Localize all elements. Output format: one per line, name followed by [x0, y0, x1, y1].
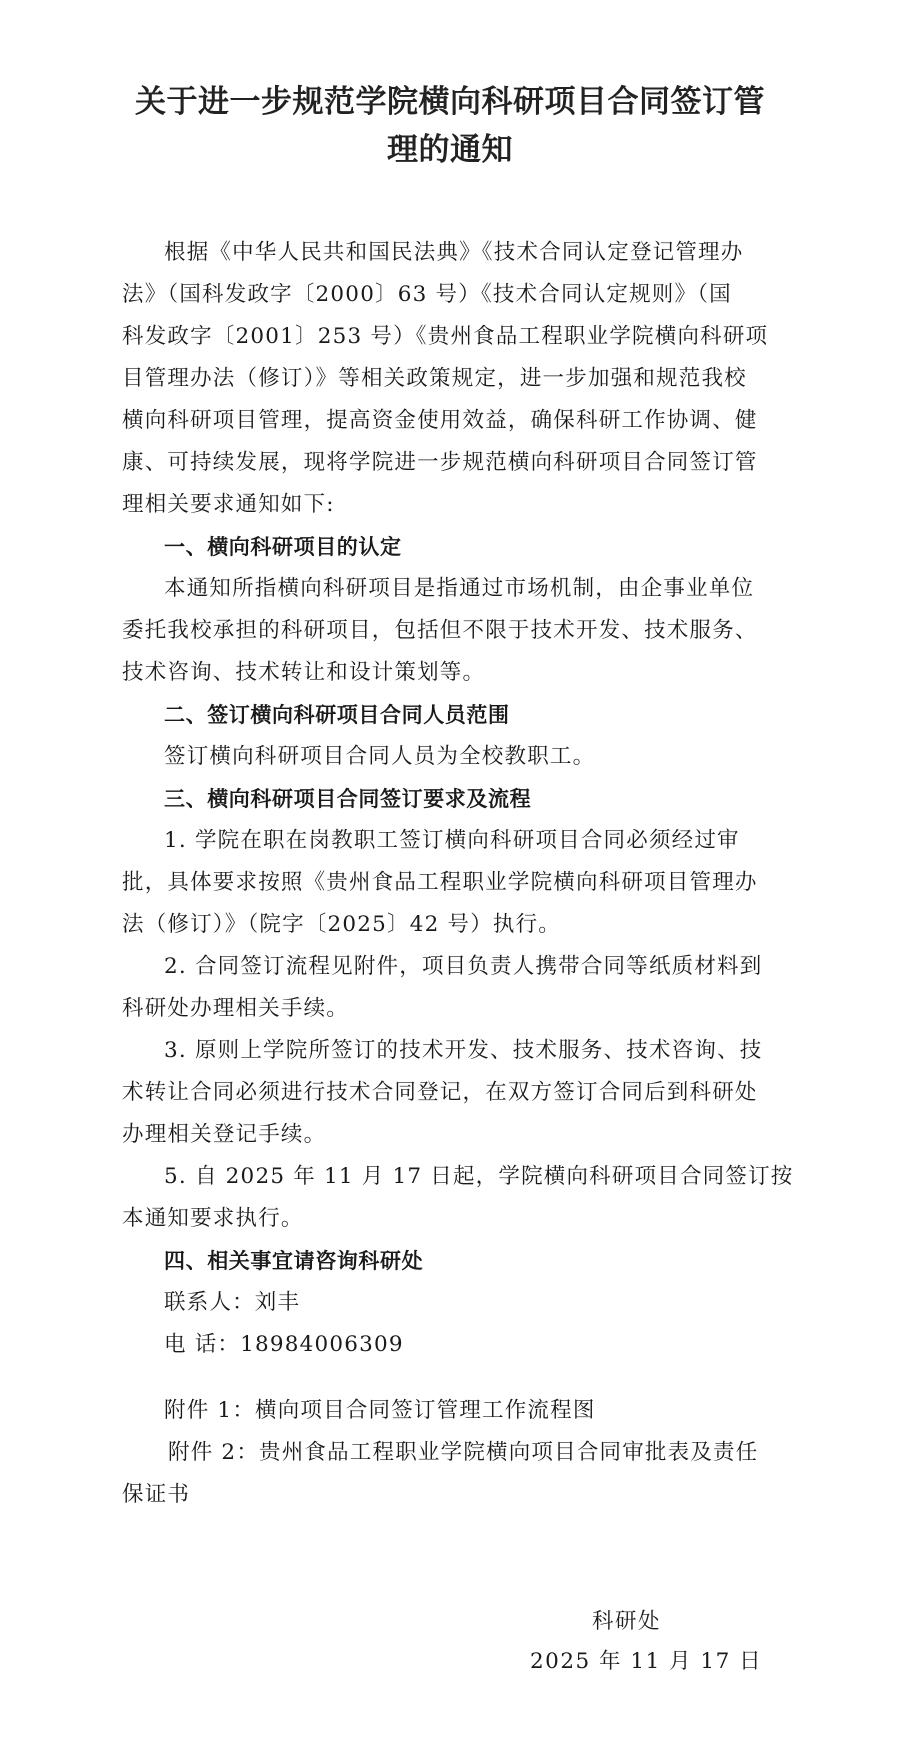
item-line: 办理相关登记手续。: [122, 1114, 802, 1156]
intro-paragraph: 根据《中华人民共和国民法典》《技术合同认定登记管理办 法》（国科发政字〔2000…: [122, 232, 802, 526]
document-body: 根据《中华人民共和国民法典》《技术合同认定登记管理办 法》（国科发政字〔2000…: [122, 232, 802, 1516]
item-line: 科研处办理相关手续。: [122, 988, 802, 1030]
attachments: 附件 1：横向项目合同签订管理工作流程图 附件 2：贵州食品工程职业学院横向项目…: [122, 1390, 802, 1516]
intro-line: 根据《中华人民共和国民法典》《技术合同认定登记管理办: [122, 232, 802, 274]
intro-line: 法》（国科发政字〔2000〕63 号）《技术合同认定规则》（国: [122, 274, 802, 316]
section-heading: 二、签订横向科研项目合同人员范围: [122, 694, 802, 736]
contact-person: 联系人：刘丰: [122, 1282, 802, 1324]
item-line: 1. 学院在职在岗教职工签订横向科研项目合同必须经过审: [122, 820, 802, 862]
spacer: [122, 1366, 802, 1390]
item-line: 2. 合同签订流程见附件，项目负责人携带合同等纸质材料到: [122, 946, 802, 988]
signature-date: 2025 年 11 月 17 日: [530, 1642, 762, 1682]
section-3: 三、横向科研项目合同签订要求及流程 1. 学院在职在岗教职工签订横向科研项目合同…: [122, 778, 802, 1240]
item-line: 本通知要求执行。: [122, 1198, 802, 1240]
item-line: 法（修订）》（院字〔2025〕42 号）执行。: [122, 904, 802, 946]
section-1: 一、横向科研项目的认定 本通知所指横向科研项目是指通过市场机制，由企事业单位 委…: [122, 526, 802, 694]
section-4: 四、相关事宜请咨询科研处 联系人：刘丰 电 话：18984006309: [122, 1240, 802, 1366]
section-heading: 一、横向科研项目的认定: [122, 526, 802, 568]
section-line: 技术咨询、技术转让和设计策划等。: [122, 652, 802, 694]
requirement-item-5: 5. 自 2025 年 11 月 17 日起，学院横向科研项目合同签订按 本通知…: [122, 1156, 802, 1240]
item-line: 5. 自 2025 年 11 月 17 日起，学院横向科研项目合同签订按: [122, 1156, 802, 1198]
attachment-2-continued: 保证书: [122, 1474, 802, 1516]
intro-line: 目管理办法（修订）》等相关政策规定，进一步加强和规范我校: [122, 358, 802, 400]
intro-line: 科发政字〔2001〕253 号）《贵州食品工程职业学院横向科研项: [122, 316, 802, 358]
title-line-1: 关于进一步规范学院横向科研项目合同签订管: [0, 78, 900, 126]
section-line: 签订横向科研项目合同人员为全校教职工。: [122, 736, 802, 778]
item-line: 术转让合同必须进行技术合同登记，在双方签订合同后到科研处: [122, 1072, 802, 1114]
contact-phone[interactable]: 电 话：18984006309: [122, 1324, 802, 1366]
requirement-item-3: 3. 原则上学院所签订的技术开发、技术服务、技术咨询、技 术转让合同必须进行技术…: [122, 1030, 802, 1156]
title-line-2: 理的通知: [0, 126, 900, 174]
signature-office: 科研处: [592, 1602, 661, 1642]
document-title: 关于进一步规范学院横向科研项目合同签订管 理的通知: [0, 78, 900, 174]
section-heading: 三、横向科研项目合同签订要求及流程: [122, 778, 802, 820]
intro-line: 横向科研项目管理，提高资金使用效益，确保科研工作协调、健: [122, 400, 802, 442]
item-line: 3. 原则上学院所签订的技术开发、技术服务、技术咨询、技: [122, 1030, 802, 1072]
requirement-item-2: 2. 合同签订流程见附件，项目负责人携带合同等纸质材料到 科研处办理相关手续。: [122, 946, 802, 1030]
section-line: 本通知所指横向科研项目是指通过市场机制，由企事业单位: [122, 568, 802, 610]
attachment-2: 附件 2：贵州食品工程职业学院横向项目合同审批表及责任: [122, 1432, 802, 1474]
section-heading: 四、相关事宜请咨询科研处: [122, 1240, 802, 1282]
intro-line: 康、可持续发展，现将学院进一步规范横向科研项目合同签订管: [122, 442, 802, 484]
attachment-1: 附件 1：横向项目合同签订管理工作流程图: [122, 1390, 802, 1432]
section-2: 二、签订横向科研项目合同人员范围 签订横向科研项目合同人员为全校教职工。: [122, 694, 802, 778]
intro-line: 理相关要求通知如下:: [122, 484, 802, 526]
item-line: 批，具体要求按照《贵州食品工程职业学院横向科研项目管理办: [122, 862, 802, 904]
section-line: 委托我校承担的科研项目，包括但不限于技术开发、技术服务、: [122, 610, 802, 652]
requirement-item-1: 1. 学院在职在岗教职工签订横向科研项目合同必须经过审 批，具体要求按照《贵州食…: [122, 820, 802, 946]
